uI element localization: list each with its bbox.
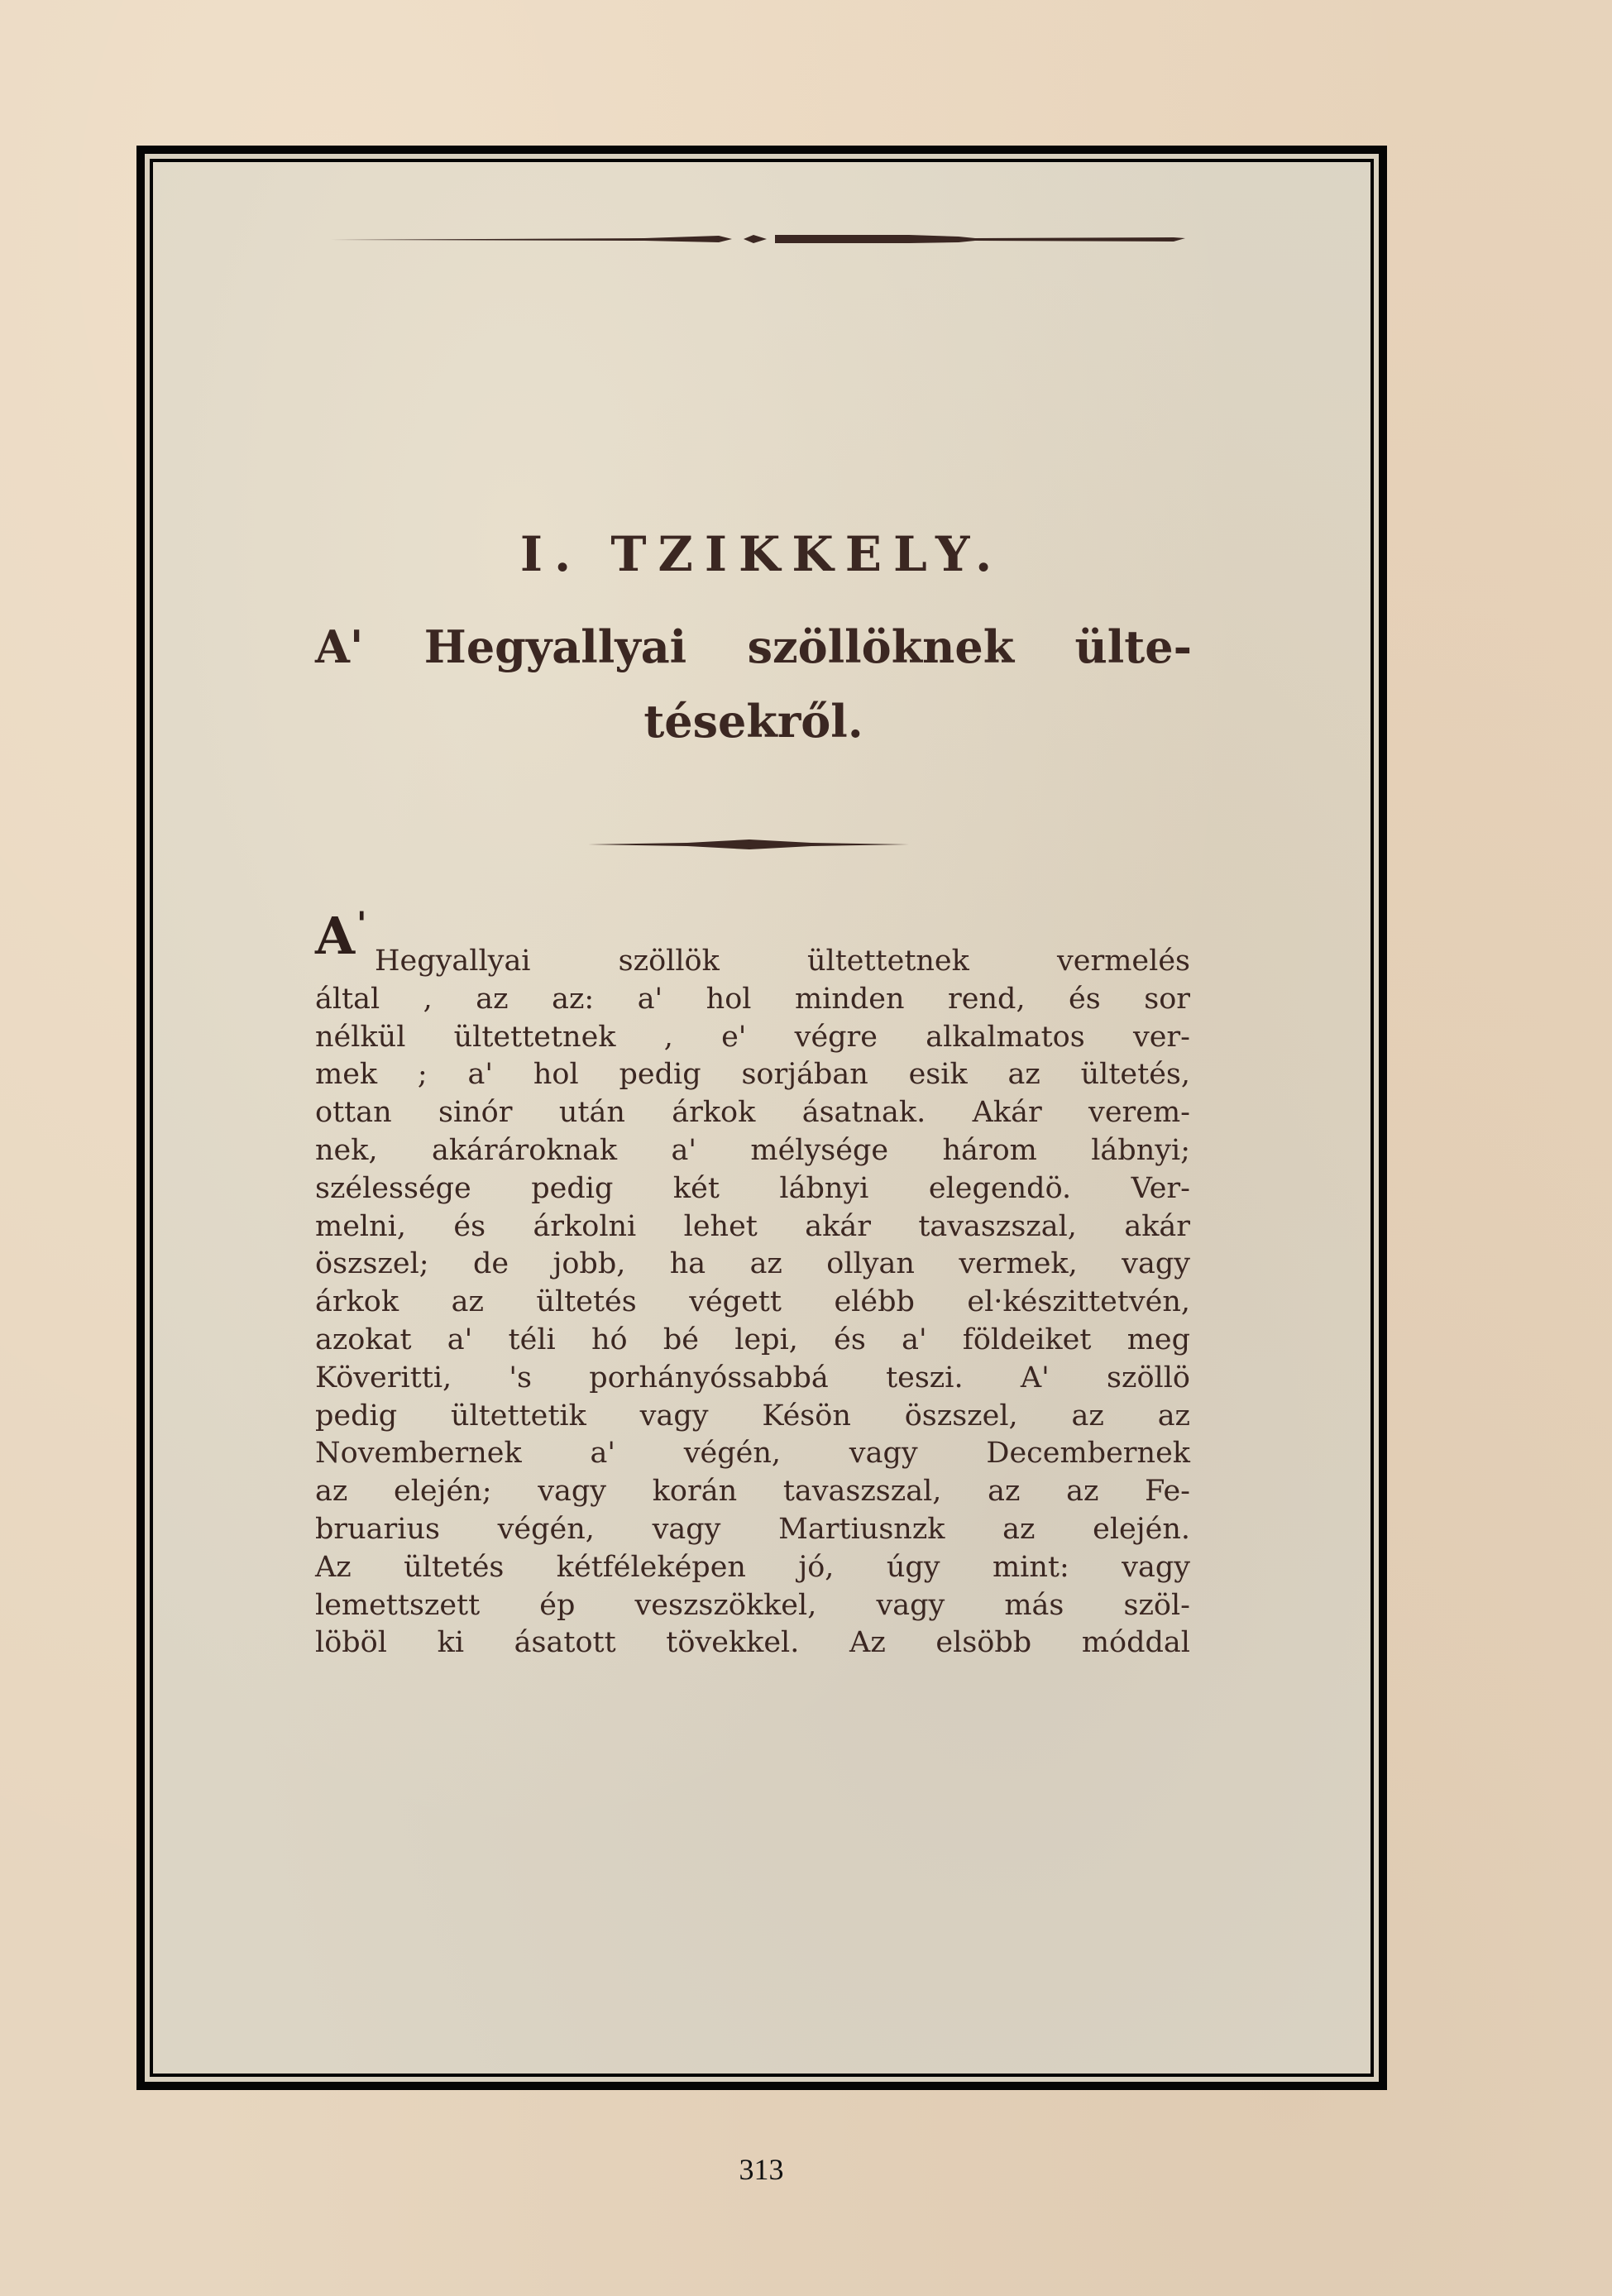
body-line: által , az az: a' hol minden rend, és so… [315, 981, 1190, 1019]
body-line: árkok az ültetés végett elébb el·készitt… [315, 1284, 1190, 1322]
body-line: pedig ültettetik vagy Késön öszszel, az … [315, 1398, 1190, 1436]
body-line: melni, és árkolni lehet akár tavaszszal,… [315, 1208, 1190, 1246]
ornamental-rule-top [330, 233, 1187, 245]
body-paragraph: Hegyallyai szöllök ültettetnek vermelés … [315, 943, 1190, 1662]
ornamental-rule-middle [588, 839, 909, 850]
scan-frame: I. TZIKKELY. A' Hegyallyai szöllöknek ül… [136, 146, 1387, 2090]
chapter-title: I. TZIKKELY. [153, 526, 1370, 582]
chapter-subtitle-line-2: tésekről. [315, 685, 1192, 758]
body-line: Hegyallyai szöllök ültettetnek vermelés [315, 943, 1190, 981]
body-line: öszszel; de jobb, ha az ollyan vermek, v… [315, 1246, 1190, 1284]
body-line: nek, akárároknak a' mélysége három lábny… [315, 1132, 1190, 1170]
page-number: 313 [0, 2152, 1523, 2187]
body-line: az elején; vagy korán tavaszszal, az az … [315, 1473, 1190, 1511]
body-line: Köveritti, 's porhányóssabbá teszi. A' s… [315, 1360, 1190, 1398]
scanned-page: I. TZIKKELY. A' Hegyallyai szöllöknek ül… [150, 159, 1374, 2077]
body-line: Novembernek a' végén, vagy Decembernek [315, 1435, 1190, 1473]
chapter-subtitle-line-1: A' Hegyallyai szöllöknek ülte- [315, 610, 1192, 683]
body-line: mek ; a' hol pedig sorjában esik az ülte… [315, 1056, 1190, 1094]
body-line: azokat a' téli hó bé lepi, és a' földeik… [315, 1322, 1190, 1360]
drop-cap-apostrophe: ' [356, 905, 366, 944]
body-line: nélkül ültettetnek , e' végre alkalmatos… [315, 1019, 1190, 1057]
body-line: szélessége pedig két lábnyi elegendö. Ve… [315, 1170, 1190, 1208]
body-line: Az ültetés kétféleképen jó, úgy mint: va… [315, 1549, 1190, 1587]
body-line: lemettszett ép veszszökkel, vagy más szö… [315, 1587, 1190, 1625]
body-line: löböl ki ásatott tövekkel. Az elsöbb mód… [315, 1624, 1190, 1662]
body-line: bruarius végén, vagy Martiusnzk az elejé… [315, 1511, 1190, 1549]
body-line: ottan sinór után árkok ásatnak. Akár ver… [315, 1094, 1190, 1132]
